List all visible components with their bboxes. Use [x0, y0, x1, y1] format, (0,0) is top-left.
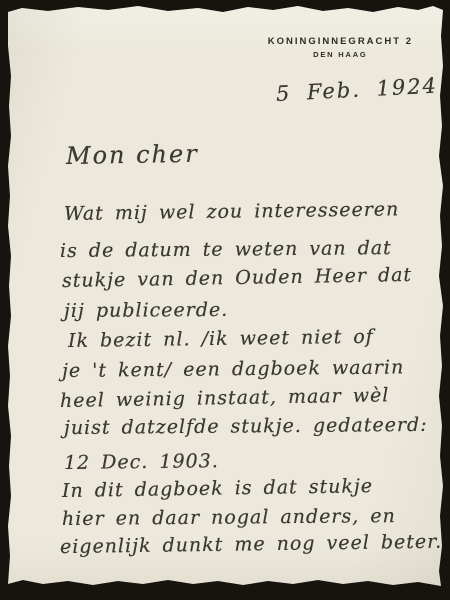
- handwritten-line: Ik bezit nl. /ik weet niet of: [68, 326, 374, 352]
- letterhead-city: DEN HAAG: [268, 50, 413, 59]
- handwritten-line: Wat mij wel zou interesseeren: [64, 198, 400, 225]
- handwritten-line: eigenlijk dunkt me nog veel beter.: [60, 531, 443, 558]
- handwritten-line: hier en daar nogal anders, en: [62, 505, 396, 530]
- letterhead: KONINGINNEGRACHT 2 DEN HAAG: [268, 36, 413, 59]
- letter-scan: KONINGINNEGRACHT 2 DEN HAAG 5 Feb. 1924 …: [0, 0, 450, 600]
- letterhead-address: KONINGINNEGRACHT 2: [268, 36, 413, 47]
- letter-paper: KONINGINNEGRACHT 2 DEN HAAG 5 Feb. 1924 …: [8, 6, 443, 586]
- handwritten-line: In dit dagboek is dat stukje: [62, 475, 373, 502]
- handwritten-line: heel weinig instaat, maar wèl: [60, 384, 390, 412]
- letter-salutation: Mon cher: [66, 140, 199, 170]
- handwritten-line: 12 Dec. 1903.: [64, 450, 219, 474]
- handwritten-line: je 't kent/ een dagboek waarin: [62, 356, 404, 382]
- handwritten-line: juist datzelfde stukje. gedateerd:: [64, 414, 428, 439]
- letter-date: 5 Feb. 1924: [275, 74, 438, 106]
- handwritten-line: stukje van den Ouden Heer dat: [62, 264, 412, 292]
- handwritten-line: is de datum te weten van dat: [60, 237, 392, 262]
- handwritten-line: jij publiceerde.: [64, 299, 228, 322]
